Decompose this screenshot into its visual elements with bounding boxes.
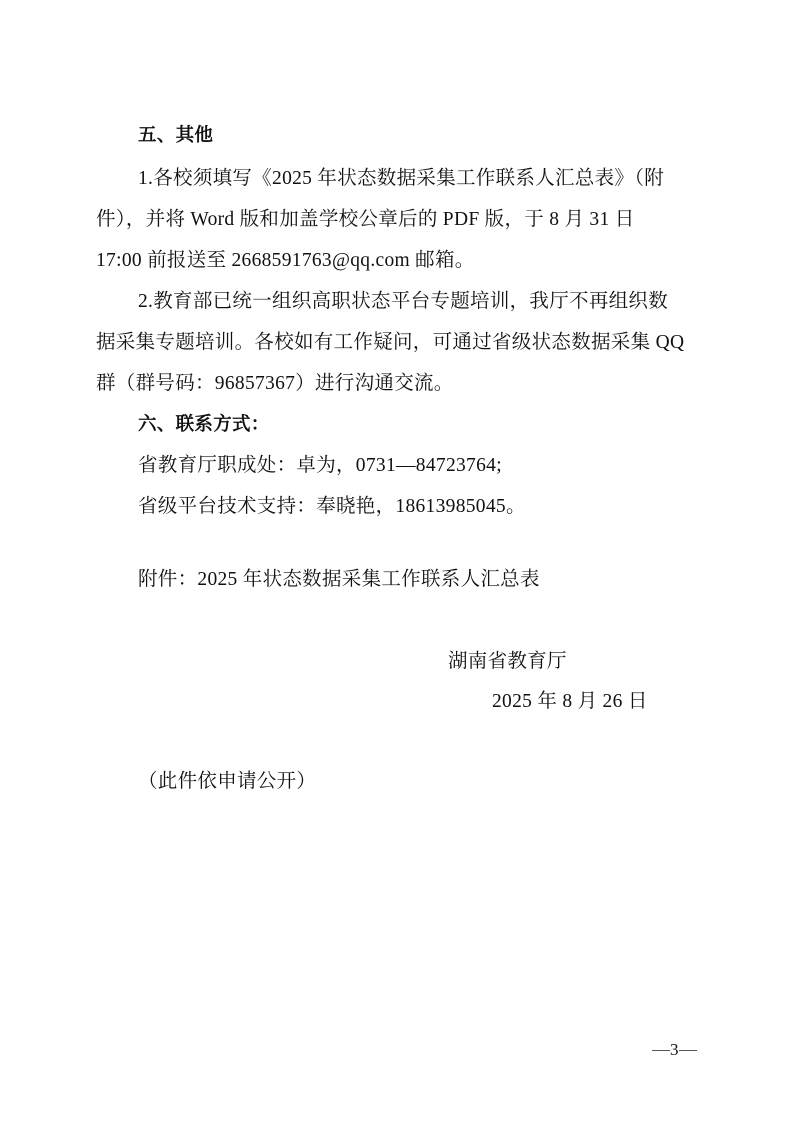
- disclosure-note: （此件依申请公开）: [138, 770, 316, 794]
- contact-line-1: 省教育厅职成处：卓为，0731—84723764;: [138, 454, 502, 478]
- section-heading-other: 五、其他: [138, 124, 213, 148]
- item1-line3: 17:00 前报送至 2668591763@qq.com 邮箱。: [96, 249, 475, 273]
- page-number-value: 3: [670, 1040, 679, 1060]
- section-heading-contact: 六、联系方式：: [138, 413, 270, 437]
- page-number: 3: [652, 1040, 697, 1060]
- dash-right: [679, 1050, 697, 1051]
- item1-line1: 1.各校须填写《2025 年状态数据采集工作联系人汇总表》（附: [138, 167, 664, 191]
- item2-line1: 2.教育部已统一组织高职状态平台专题培训，我厅不再组织数: [138, 290, 668, 314]
- item2-line2: 据采集专题培训。各校如有工作疑问，可通过省级状态数据采集 QQ: [96, 331, 684, 355]
- dash-left: [652, 1050, 670, 1051]
- contact-line-2: 省级平台技术支持：奉晓艳，18613985045。: [138, 495, 526, 519]
- signature-date: 2025 年 8 月 26 日: [492, 690, 648, 714]
- signature-org: 湖南省教育厅: [448, 650, 567, 674]
- item2-line3: 群（群号码：96857367）进行沟通交流。: [96, 372, 454, 396]
- item1-line2: 件），并将 Word 版和加盖学校公章后的 PDF 版，于 8 月 31 日: [96, 208, 635, 232]
- attachment-note: 附件：2025 年状态数据采集工作联系人汇总表: [138, 568, 540, 592]
